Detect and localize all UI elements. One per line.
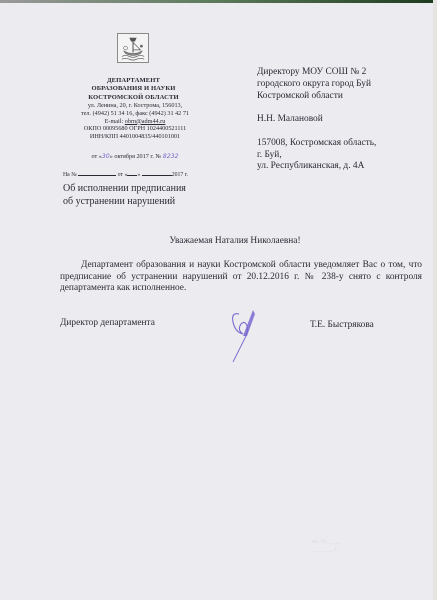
scan-top-edge (0, 0, 437, 3)
reply-month-blank (142, 170, 172, 176)
letter-body: Департамент образования и науки Костромс… (60, 260, 422, 295)
reply-from-label: от « (118, 172, 128, 178)
date-suffix: » октября 2017 г. № (110, 153, 162, 160)
department-line: ДЕПАРТАМЕНТ (70, 77, 197, 85)
registration-date-number: от «30» октября 2017 г. № 8232 (60, 153, 210, 160)
reply-reference: На № от «» 2017 г. (63, 170, 223, 178)
reply-number-blank (78, 170, 116, 176)
department-line: КОСТРОМСКОЙ ОБЛАСТИ (70, 94, 197, 102)
faint-registration-stamp: вх. № ____ __.__.__ г. (312, 538, 392, 554)
recipient-block: Директору МОУ СОШ № 2 городского округа … (257, 67, 432, 173)
reply-close-quote: » (137, 172, 140, 178)
greeting: Уважаемая Наталия Николаевна! (40, 236, 430, 246)
sender-contacts: ул. Ленина, 20, г. Кострома, 156013, тел… (60, 102, 210, 141)
reply-year: 2017 г. (172, 172, 188, 178)
sender-department-name: ДЕПАРТАМЕНТ ОБРАЗОВАНИЯ И НАУКИ КОСТРОМС… (70, 77, 197, 102)
scan-right-edge (433, 0, 437, 600)
department-line: ОБРАЗОВАНИЯ И НАУКИ (70, 85, 197, 93)
handwritten-number: 8232 (163, 153, 179, 160)
recipient-address-line: 157008, Костромская область, (257, 138, 432, 150)
handwritten-signature-icon (225, 306, 275, 366)
email-link[interactable]: obrn@adm44.ru (125, 118, 166, 125)
subject-line: Об исполнении предписания (63, 183, 253, 196)
date-prefix: от « (91, 153, 101, 160)
sender-phone: тел. (4942) 51 34 16, факс (4942) 31 42 … (60, 110, 210, 118)
ship-emblem-icon (118, 34, 148, 62)
recipient-position-line: городского округа город Буй (257, 79, 432, 91)
handwritten-day: 30 (102, 153, 110, 160)
recipient-name: Н.Н. Малановой (257, 114, 432, 126)
signer-title: Директор департамента (60, 318, 155, 328)
recipient-position-line: Костромской области (257, 91, 432, 103)
recipient-position-line: Директору МОУ СОШ № 2 (257, 67, 432, 79)
recipient-address-line: г. Буй, (257, 150, 432, 162)
letter-subject: Об исполнении предписания об устранении … (63, 183, 253, 208)
coat-of-arms-icon (117, 33, 149, 63)
reply-number-label: На № (63, 172, 77, 178)
stamp-line: __.__.__ г. (312, 546, 392, 554)
sender-email-row: E-mail: obrn@adm44.ru (60, 118, 210, 126)
sender-address: ул. Ленина, 20, г. Кострома, 156013, (60, 102, 210, 110)
recipient-address-line: ул. Республиканская, д. 4А (257, 161, 432, 173)
reply-day-blank (127, 170, 137, 176)
sender-okpo-ogrn: ОКПО 00095680 ОГРН 1024400521111 (60, 125, 210, 133)
signer-name: Т.Е. Быстрякова (310, 320, 374, 330)
subject-line: об устранении нарушений (63, 196, 253, 209)
email-label: E-mail: (105, 118, 125, 125)
stamp-line: вх. № ____ (312, 538, 392, 546)
sender-inn-kpp: ИНН/КПП 4401004835/440101001 (60, 133, 210, 141)
